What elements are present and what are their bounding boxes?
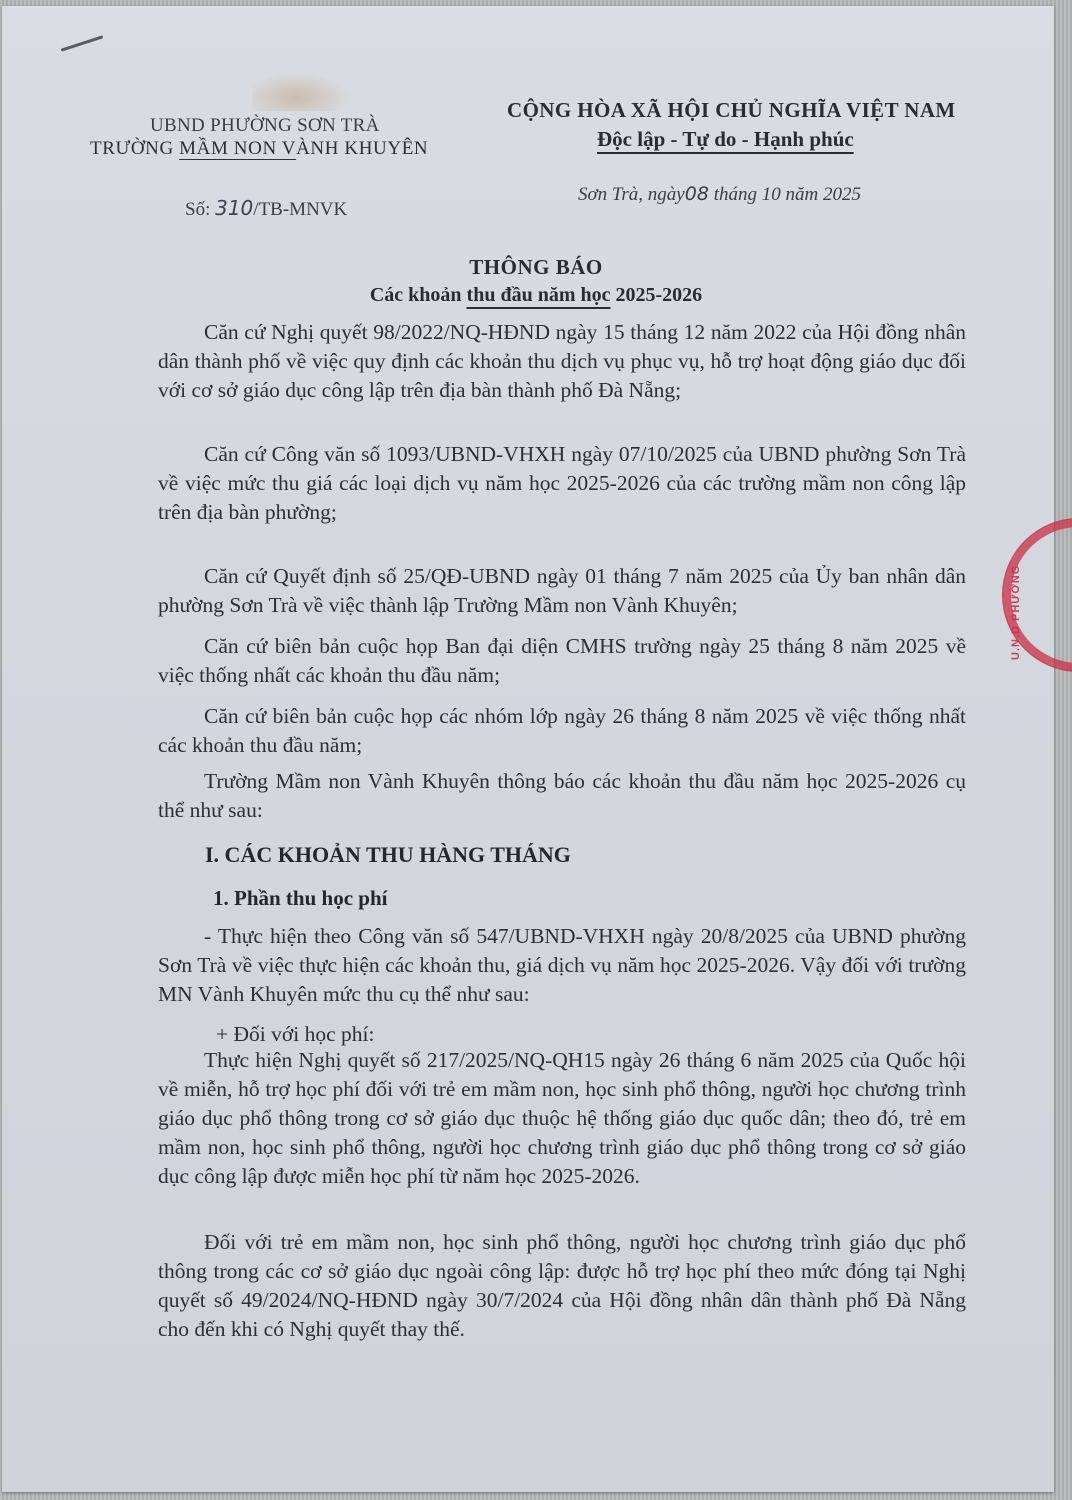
- document-number: Số: 310/TB-MNVK: [185, 196, 347, 221]
- announcement-intro: Trường Mầm non Vành Khuyên thông báo các…: [158, 767, 966, 825]
- legal-basis-5: Căn cứ biên bản cuộc họp các nhóm lớp ng…: [158, 702, 966, 760]
- handwritten-number: 310: [215, 196, 253, 220]
- document-subtitle: Các khoản thu đầu năm học 2025-2026: [0, 284, 1072, 307]
- tuition-support-paragraph: Đối với trẻ em mầm non, học sinh phổ thô…: [158, 1228, 966, 1344]
- tuition-exemption-paragraph: Thực hiện Nghị quyết số 217/2025/NQ-QH15…: [158, 1046, 966, 1191]
- school-name: TRƯỜNG MẦM NON VÀNH KHUYÊN: [90, 138, 428, 160]
- tuition-item-label: + Đối với học phí:: [216, 1022, 374, 1047]
- paper-stain: [252, 66, 362, 111]
- fee-basis-paragraph: - Thực hiện theo Công văn số 547/UBND-VH…: [158, 922, 966, 1009]
- document-title: THÔNG BÁO: [0, 255, 1072, 280]
- document-date: Sơn Trà, ngày08 tháng 10 năm 2025: [578, 183, 861, 206]
- pen-mark: [61, 35, 104, 51]
- legal-basis-2: Căn cứ Công văn số 1093/UBND-VHXH ngày 0…: [158, 440, 966, 527]
- national-motto: Độc lập - Tự do - Hạnh phúc: [597, 127, 854, 152]
- seal-text: U.N.D PHƯỜNG: [1010, 540, 1050, 660]
- issuing-authority: UBND PHƯỜNG SƠN TRÀ: [150, 115, 380, 137]
- legal-basis-1: Căn cứ Nghị quyết 98/2022/NQ-HĐND ngày 1…: [158, 318, 966, 405]
- handwritten-day: 08: [685, 183, 709, 205]
- national-title: CỘNG HÒA XÃ HỘI CHỦ NGHĨA VIỆT NAM: [507, 98, 956, 123]
- legal-basis-3: Căn cứ Quyết định số 25/QĐ-UBND ngày 01 …: [158, 562, 966, 620]
- subsection-heading: 1. Phần thu học phí: [213, 886, 387, 911]
- section-heading: I. CÁC KHOẢN THU HÀNG THÁNG: [205, 842, 571, 868]
- legal-basis-4: Căn cứ biên bản cuộc họp Ban đại diện CM…: [158, 632, 966, 690]
